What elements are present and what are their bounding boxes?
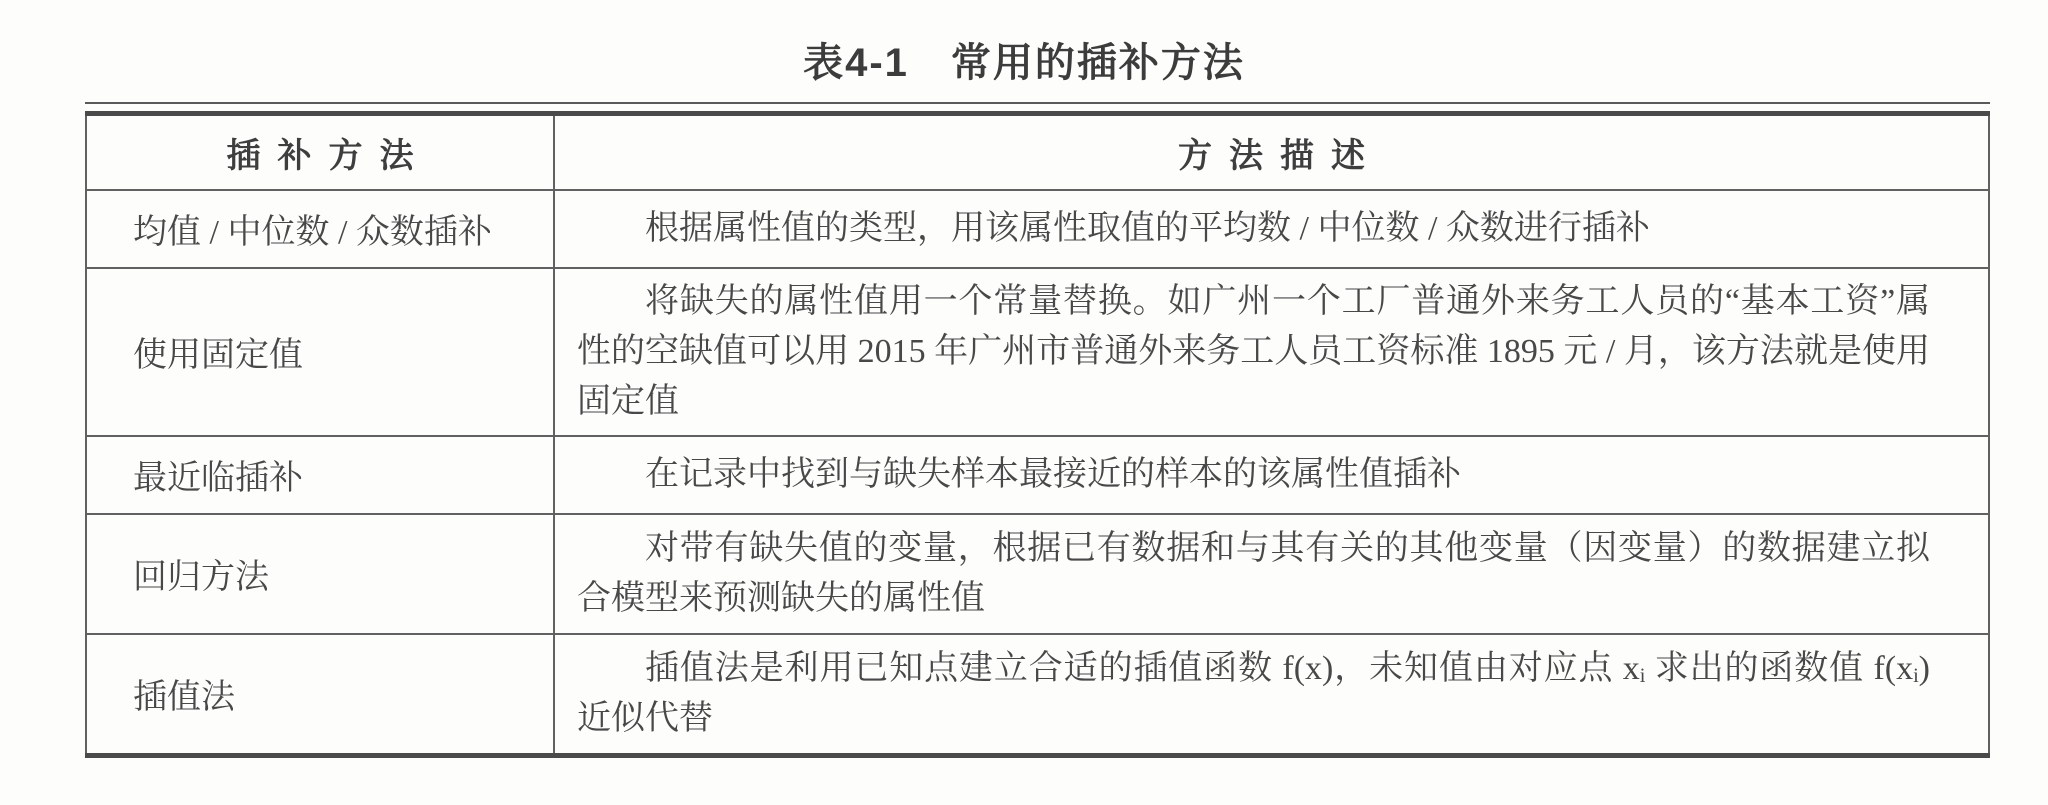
description-cell: 插值法是利用已知点建立合适的插值函数 f(x)，未知值由对应点 xᵢ 求出的函数… bbox=[554, 634, 1989, 756]
table-header-row: 插补方法 方法描述 bbox=[86, 114, 1989, 190]
description-cell: 将缺失的属性值用一个常量替换。如广州一个工厂普通外来务工人员的“基本工资”属性的… bbox=[554, 268, 1989, 436]
table-row: 最近临插补 在记录中找到与缺失样本最接近的样本的该属性值插补 bbox=[86, 436, 1989, 514]
scanned-book-page: 表4-1 常用的插补方法 插补方法 方法描述 均值 / 中位数 / 众数插补 根… bbox=[0, 0, 2048, 805]
table-top-double-rule: 插补方法 方法描述 均值 / 中位数 / 众数插补 根据属性值的类型，用该属性取… bbox=[85, 102, 1990, 758]
table-row: 回归方法 对带有缺失值的变量，根据已有数据和与其有关的其他变量（因变量）的数据建… bbox=[86, 514, 1989, 634]
method-cell: 回归方法 bbox=[86, 514, 554, 634]
method-cell: 最近临插补 bbox=[86, 436, 554, 514]
description-cell: 对带有缺失值的变量，根据已有数据和与其有关的其他变量（因变量）的数据建立拟合模型… bbox=[554, 514, 1989, 634]
description-cell: 根据属性值的类型，用该属性取值的平均数 / 中位数 / 众数进行插补 bbox=[554, 190, 1989, 268]
description-cell: 在记录中找到与缺失样本最接近的样本的该属性值插补 bbox=[554, 436, 1989, 514]
column-header-description: 方法描述 bbox=[554, 114, 1989, 190]
table-row: 均值 / 中位数 / 众数插补 根据属性值的类型，用该属性取值的平均数 / 中位… bbox=[86, 190, 1989, 268]
imputation-methods-table: 插补方法 方法描述 均值 / 中位数 / 众数插补 根据属性值的类型，用该属性取… bbox=[85, 111, 1990, 758]
table-row: 插值法 插值法是利用已知点建立合适的插值函数 f(x)，未知值由对应点 xᵢ 求… bbox=[86, 634, 1989, 756]
table-caption: 表4-1 常用的插补方法 bbox=[0, 40, 2048, 86]
method-cell: 插值法 bbox=[86, 634, 554, 756]
method-cell: 使用固定值 bbox=[86, 268, 554, 436]
method-cell: 均值 / 中位数 / 众数插补 bbox=[86, 190, 554, 268]
column-header-method: 插补方法 bbox=[86, 114, 554, 190]
table-row: 使用固定值 将缺失的属性值用一个常量替换。如广州一个工厂普通外来务工人员的“基本… bbox=[86, 268, 1989, 436]
